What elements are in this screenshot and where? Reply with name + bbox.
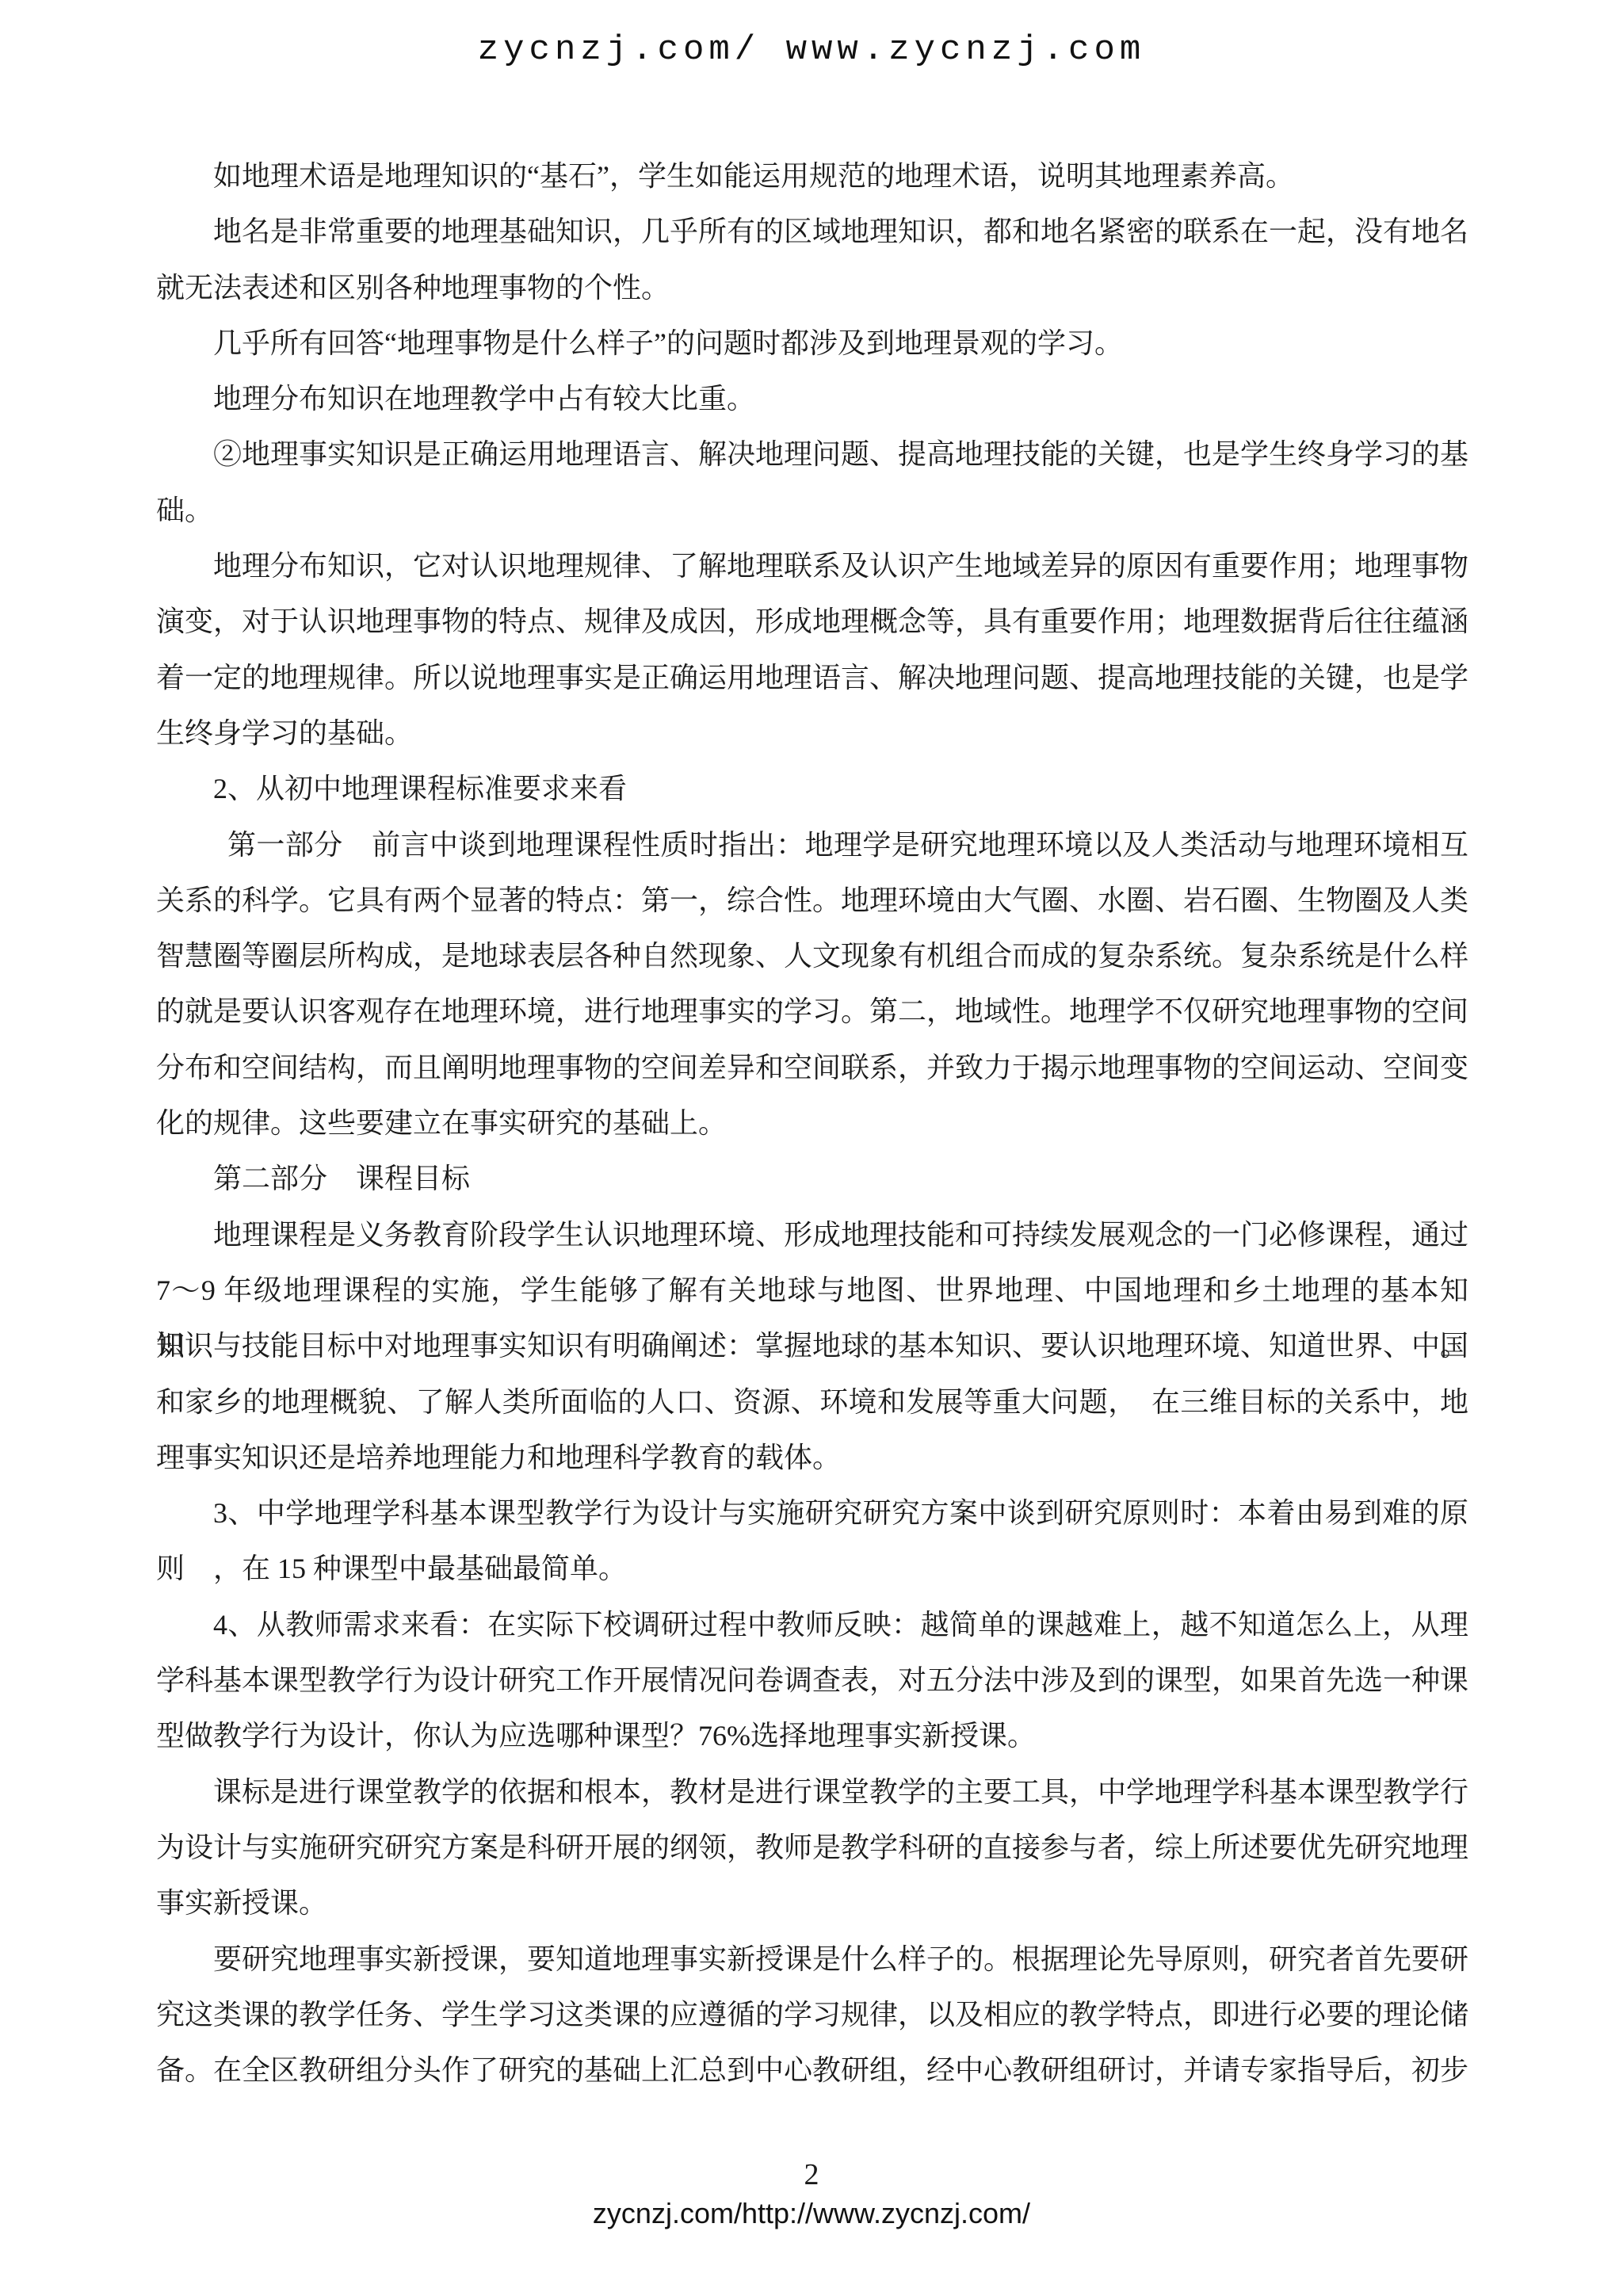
text-line: 为设计与实施研究研究方案是科研开展的纲领，教师是教学科研的直接参与者，综上所述要… — [156, 1820, 1468, 1875]
text-line: ②地理事实知识是正确运用地理语言、解决地理问题、提高地理技能的关键，也是学生终身… — [156, 426, 1468, 482]
text-line: 智慧圈等圈层所构成，是地球表层各种自然现象、人文现象有机组合而成的复杂系统。复杂… — [156, 928, 1468, 984]
text-line: 型做教学行为设计，你认为应选哪种课型？76%选择地理事实新授课。 — [156, 1708, 1468, 1763]
document-page: zycnzj.com/ www.zycnzj.com 如地理术语是地理知识的“基… — [0, 0, 1623, 2296]
text-line: 究这类课的教学任务、学生学习这类课的应遵循的学习规律，以及相应的教学特点，即进行… — [156, 1987, 1468, 2042]
text-line: 几乎所有回答“地理事物是什么样子”的问题时都涉及到地理景观的学习。 — [156, 315, 1468, 371]
text-line: 4、从教师需求来看：在实际下校调研过程中教师反映：越简单的课越难上，越不知道怎么… — [156, 1597, 1468, 1652]
text-line: 第二部分 课程目标 — [156, 1151, 1468, 1206]
text-line: 地理课程是义务教育阶段学生认识地理环境、形成地理技能和可持续发展观念的一门必修课… — [156, 1207, 1468, 1263]
text-line: 演变，对于认识地理事物的特点、规律及成因，形成地理概念等，具有重要作用；地理数据… — [156, 594, 1468, 649]
text-line: 着一定的地理规律。所以说地理事实是正确运用地理语言、解决地理问题、提高地理技能的… — [156, 650, 1468, 705]
text-line: 第一部分 前言中谈到地理课程性质时指出：地理学是研究地理环境以及人类活动与地理环… — [156, 817, 1468, 873]
text-line: 化的规律。这些要建立在事实研究的基础上。 — [156, 1095, 1468, 1151]
text-line: 关系的科学。它具有两个显著的特点：第一，综合性。地理环境由大气圈、水圈、岩石圈、… — [156, 873, 1468, 928]
text-line: 就无法表述和区别各种地理事物的个性。 — [156, 260, 1468, 315]
text-line: 2、从初中地理课程标准要求来看 — [156, 761, 1468, 816]
text-line: 则 ，在 15 种课型中最基础最简单。 — [156, 1541, 1468, 1596]
text-line: 地名是非常重要的地理基础知识，几乎所有的区域地理知识，都和地名紧密的联系在一起，… — [156, 204, 1468, 259]
page-number: 2 — [0, 2157, 1623, 2192]
text-line: 分布和空间结构，而且阐明地理事物的空间差异和空间联系，并致力于揭示地理事物的空间… — [156, 1040, 1468, 1095]
text-line: 如地理术语是地理知识的“基石”，学生如能运用规范的地理术语，说明其地理素养高。 — [156, 148, 1468, 204]
header-watermark-url: zycnzj.com/ www.zycnzj.com — [0, 30, 1623, 70]
text-line: 学科基本课型教学行为设计研究工作开展情况问卷调查表，对五分法中涉及到的课型，如果… — [156, 1652, 1468, 1708]
text-line: 生终身学习的基础。 — [156, 705, 1468, 761]
text-line: 7～9 年级地理课程的实施，学生能够了解有关地球与地图、世界地理、中国地理和乡土… — [156, 1263, 1468, 1318]
text-line: 地理分布知识，它对认识地理规律、了解地理联系及认识产生地域差异的原因有重要作用；… — [156, 538, 1468, 594]
footer-watermark-url: zycnzj.com/http://www.zycnzj.com/ — [0, 2197, 1623, 2230]
text-line: 地理分布知识在地理教学中占有较大比重。 — [156, 371, 1468, 426]
text-line: 课标是进行课堂教学的依据和根本，教材是进行课堂教学的主要工具，中学地理学科基本课… — [156, 1764, 1468, 1820]
document-body: 如地理术语是地理知识的“基石”，学生如能运用规范的地理术语，说明其地理素养高。地… — [156, 148, 1468, 2098]
text-line: 备。在全区教研组分头作了研究的基础上汇总到中心教研组，经中心教研组研讨，并请专家… — [156, 2042, 1468, 2098]
text-line: 的就是要认识客观存在地理环境，进行地理事实的学习。第二，地域性。地理学不仅研究地… — [156, 984, 1468, 1039]
text-line: 和家乡的地理概貌、了解人类所面临的人口、资源、环境和发展等重大问题， 在三维目标… — [156, 1374, 1468, 1430]
text-line: 础。 — [156, 483, 1468, 538]
text-line: 要研究地理事实新授课，要知道地理事实新授课是什么样子的。根据理论先导原则，研究者… — [156, 1931, 1468, 1987]
text-line: 事实新授课。 — [156, 1875, 1468, 1931]
text-line: 3、中学地理学科基本课型教学行为设计与实施研究研究方案中谈到研究原则时：本着由易… — [156, 1485, 1468, 1541]
text-line: 理事实知识还是培养地理能力和地理科学教育的载体。 — [156, 1430, 1468, 1485]
text-line: 知识与技能目标中对地理事实知识有明确阐述：掌握地球的基本知识、要认识地理环境、知… — [156, 1318, 1468, 1373]
